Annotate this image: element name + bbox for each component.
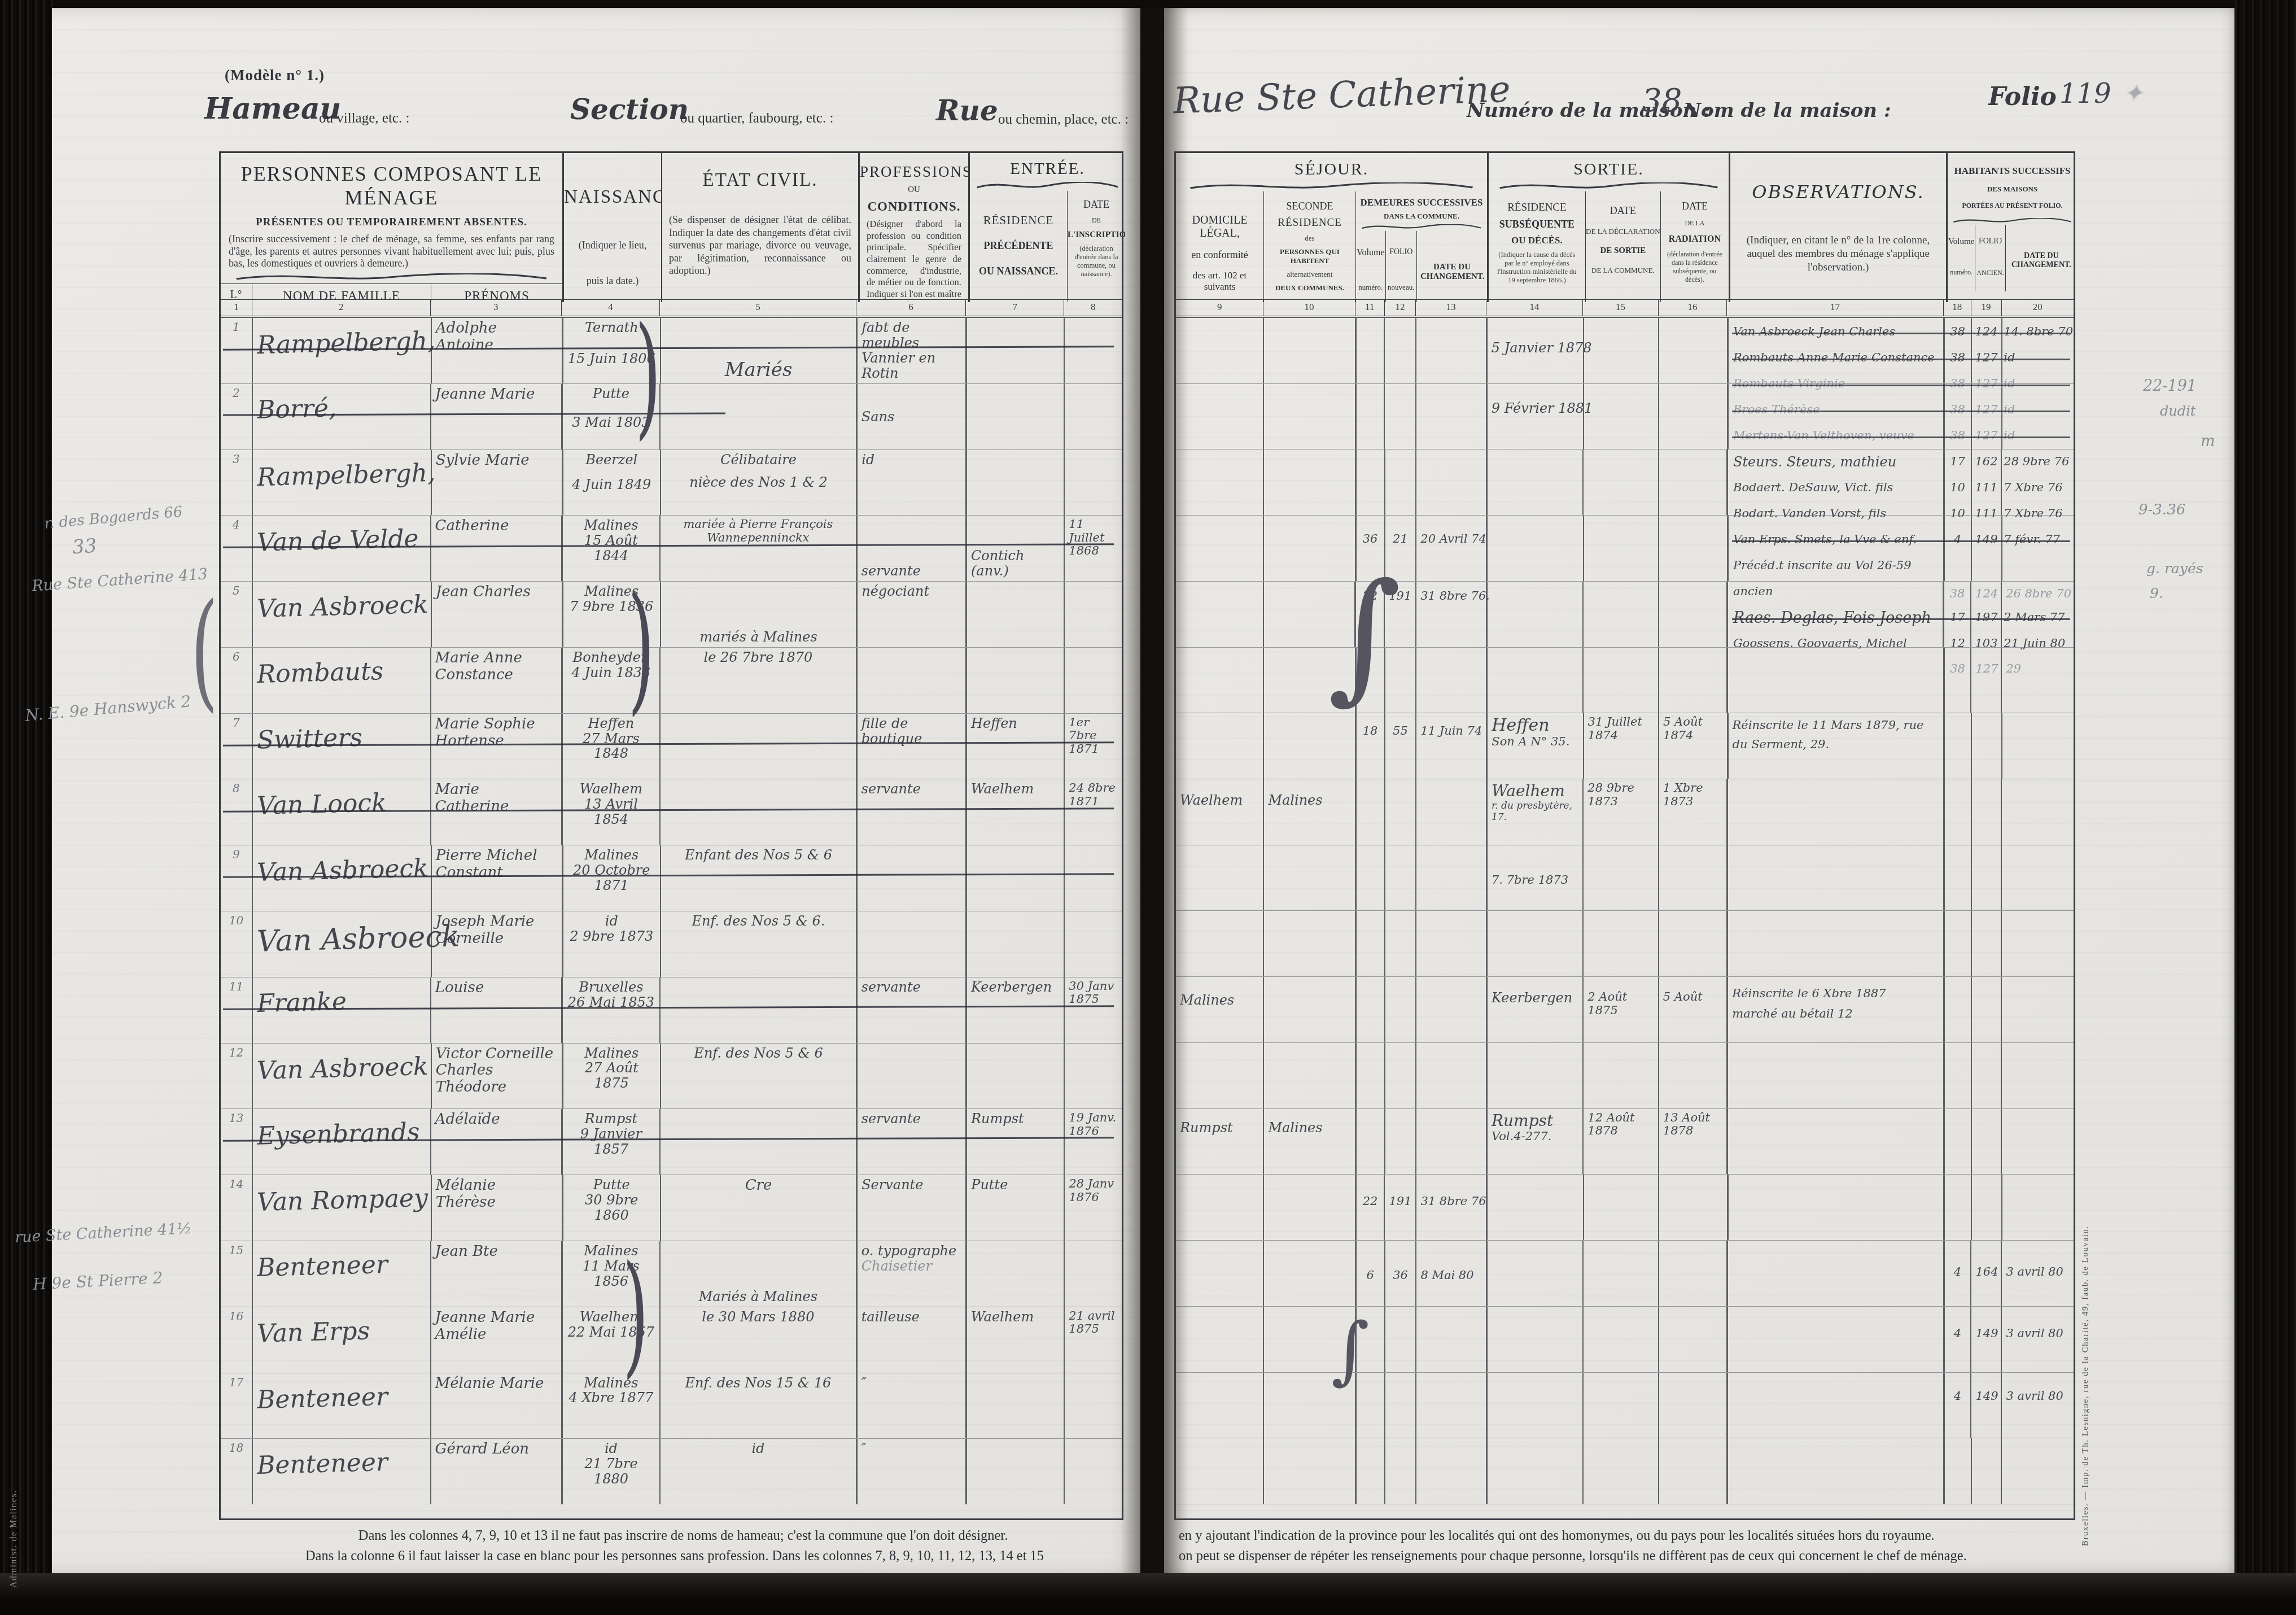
profession-cell (856, 845, 965, 911)
volume-cell (1355, 977, 1384, 1042)
num-cell: 7 (221, 714, 252, 779)
profession-cell (856, 911, 965, 977)
residence-cell: Heffen (965, 714, 1064, 779)
book-left-edge (0, 0, 56, 1615)
col-number: 10 (1263, 300, 1354, 316)
birth-cell: Malines4 Xbre 1877 (561, 1373, 659, 1439)
section-label: Section (570, 93, 689, 126)
second-residence-cell: Malines (1263, 1109, 1354, 1175)
firstnames-cell: Sylvie Marie (431, 450, 562, 516)
change-date-cell: 31 8bre 76 (1415, 1175, 1486, 1240)
firstnames-cell: Adélaïde (430, 1109, 561, 1175)
num-cell: 6 (221, 648, 252, 713)
sortie-group-header: SORTIE. RÉSIDENCE SUBSÉQUENTE OU DÉCÈS. … (1487, 153, 1729, 302)
civil-cell: Cre (660, 1175, 856, 1241)
birth-cell: Malines15 Août 1844 (561, 516, 659, 581)
col-number: 13 (1415, 300, 1486, 316)
legal-domicile-cell (1176, 1438, 1263, 1504)
exit-date-cell (1582, 1241, 1658, 1306)
legal-domicile-cell (1176, 582, 1263, 647)
subsequent-residence-cell (1486, 1373, 1582, 1438)
residence-cell (965, 648, 1064, 713)
hab-folio-cell: 127 (1970, 648, 2001, 713)
num-cell: 9 (221, 845, 252, 911)
col-number: 5 (659, 300, 856, 316)
change-date-cell (1415, 1438, 1486, 1504)
divider-flourish (1188, 182, 1475, 190)
table-row: 13EysenbrandsAdélaïdeRumpst9 Janvier 185… (221, 1109, 1122, 1175)
radiation-date-cell (1658, 911, 1727, 976)
col13-header: DATE DU CHANGEMENT. (1416, 231, 1487, 302)
change-date-cell (1415, 648, 1486, 713)
firstnames-cell: Mélanie Thérèse (431, 1175, 562, 1241)
subsequent-residence-cell: HeffenSon A N° 35. (1486, 713, 1582, 779)
firstnames-cell: Louise (430, 977, 561, 1043)
change-date-cell (1415, 384, 1485, 449)
surname-cell: Van Asbroeck (252, 911, 431, 977)
date-cell (1064, 582, 1122, 647)
right-footnote-line1: en y ajoutant l'indication de la provinc… (1179, 1528, 2048, 1544)
change-date-cell: 20 Avril 74 (1415, 516, 1486, 581)
hab-volume-cell: 4 (1943, 1241, 1971, 1306)
folio-cell: 191 (1384, 1175, 1415, 1240)
legal-domicile-cell (1176, 845, 1263, 911)
firstnames-cell: Jeanne Marie Amélie (430, 1307, 561, 1373)
change-date-cell (1415, 1373, 1486, 1438)
num-cell: 12 (221, 1044, 252, 1109)
divider-flourish (1498, 182, 1719, 190)
subsequent-residence-cell: 5 Janvier 1878 (1486, 318, 1583, 383)
model-label: (Modèle n° 1.) (225, 67, 325, 84)
hab-folio-cell (1971, 1438, 2001, 1504)
hab-folio-cell (1971, 845, 2001, 911)
observation-cell (1726, 1373, 1943, 1438)
volume-cell (1355, 648, 1384, 713)
birth-cell: Bruxelles26 Mai 1853 (561, 977, 659, 1043)
civil-cell (659, 714, 856, 779)
observation-line: Goossens. Goovaerts, Michel1210321 Juin … (1729, 631, 2076, 657)
volume-cell (1355, 911, 1384, 976)
residence-cell (965, 1241, 1064, 1307)
book-right-edge (2231, 0, 2296, 1615)
folio-cell (1384, 449, 1416, 515)
change-date-cell (1415, 845, 1486, 911)
second-residence-cell (1263, 1241, 1354, 1306)
exit-date-cell (1583, 516, 1658, 581)
table-row: 10Van AsbroeckJoseph Marie Corneilleid2 … (221, 911, 1122, 977)
civil-cell (659, 779, 856, 845)
radiation-date-cell (1658, 582, 1726, 647)
date-cell: 19 Janv. 1876 (1064, 1109, 1122, 1175)
residence-cell (965, 1373, 1064, 1439)
birth-cell: Putte30 9bre 1860 (562, 1175, 660, 1241)
volume-cell (1355, 1438, 1384, 1504)
book-bottom-edge (0, 1573, 2296, 1615)
profession-column-header: PROFESSIONS OU CONDITIONS. (Désigner d'a… (858, 153, 968, 302)
col-number: 14 (1486, 300, 1582, 316)
change-date-cell (1415, 1109, 1486, 1175)
volume-cell: 22 (1354, 582, 1384, 647)
second-residence-cell (1263, 384, 1354, 449)
civil-cell: Enf. des Nos 15 & 16 (659, 1373, 856, 1439)
profession-cell: fille de boutique (856, 714, 965, 779)
exit-date-cell: 31 Juillet 1874 (1583, 713, 1658, 779)
surname-cell: Rampelbergh, (252, 318, 431, 383)
surname-cell: Franke (252, 977, 430, 1043)
folio-cell (1384, 1043, 1416, 1108)
exit-date-cell (1582, 1307, 1658, 1372)
volume-cell (1355, 1373, 1384, 1438)
observation-cell (1726, 648, 1943, 713)
table-row: 16Van ErpsJeanne Marie AmélieWaelhem22 M… (221, 1307, 1122, 1373)
num-cell: 8 (221, 779, 252, 845)
subsequent-residence-cell (1486, 1307, 1582, 1372)
radiation-date-cell: 1 Xbre 1873 (1658, 779, 1727, 845)
profession-cell: Sans (856, 384, 965, 449)
birth-cell: Malines11 Mars 1856 (561, 1241, 659, 1307)
col-number: 12 (1384, 300, 1416, 316)
legal-domicile-cell (1176, 1241, 1263, 1306)
table-row: 11FrankeLouiseBruxelles26 Mai 1853servan… (221, 977, 1122, 1044)
legal-domicile-cell (1176, 713, 1263, 779)
volume-cell (1355, 779, 1384, 845)
group-title: PERSONNES COMPOSANT LE MÉNAGE (221, 162, 562, 209)
firstnames-cell: Marie Sophie Hortense (430, 714, 561, 779)
folio-value: 119 (2059, 78, 2111, 110)
change-date-cell: 11 Juin 74 (1415, 713, 1486, 779)
table-row: 4Van de VeldeCatherineMalines15 Août 184… (221, 516, 1122, 582)
legal-domicile-cell (1176, 1043, 1263, 1108)
num-cell: 18 (221, 1439, 252, 1504)
second-residence-cell (1263, 977, 1354, 1042)
table-row: 18BenteneerGérard Léonid21 7bre 1880id″ (221, 1439, 1122, 1504)
observations-list: Van Asbroeck Jean Charles3812414. 8bre 7… (1729, 319, 2076, 657)
folio-cell (1384, 779, 1416, 845)
civil-cell: Enfant des Nos 5 & 6 (660, 845, 856, 911)
radiation-date-cell: 13 Août 1878 (1658, 1109, 1727, 1175)
exit-date-cell: 2 Août 1875 (1582, 977, 1658, 1042)
second-residence-cell (1263, 449, 1354, 515)
col10-header: SECONDE RÉSIDENCE des PERSONNES QUI HABI… (1263, 191, 1355, 302)
volume-cell (1355, 318, 1384, 383)
volume-cell: 6 (1355, 1241, 1384, 1306)
observation-cell: Réinscrite le 11 Mars 1879, ruedu Sermen… (1727, 713, 1943, 779)
profession-cell: négociant (856, 582, 965, 647)
col-number: 18 (1943, 300, 1971, 316)
legal-domicile-cell: Waelhem (1176, 779, 1263, 845)
table-row: WaelhemMalinesWaelhemr. du presbytère, 1… (1176, 779, 2074, 845)
left-register-table: PERSONNES COMPOSANT LE MÉNAGE PRÉSENTES … (219, 151, 1123, 1520)
second-residence-cell (1263, 1043, 1354, 1108)
surname-cell: Benteneer (252, 1241, 430, 1307)
margin-note: 9. (2150, 585, 2163, 601)
birth-cell: Malines7 9bre 1836 (562, 582, 660, 647)
birth-cell: id2 9bre 1873 (562, 911, 660, 977)
observation-line: Broes Thérèse38127id (1729, 397, 2076, 423)
firstnames-cell: Jeanne Marie (430, 384, 561, 449)
hab-folio-cell (1971, 779, 2001, 845)
residence-cell (965, 911, 1064, 977)
folio-cell (1384, 648, 1416, 713)
birth-cell: Putte3 Mai 1803 (561, 384, 659, 449)
residence-cell: Keerbergen (965, 977, 1064, 1043)
num-cell: 4 (221, 516, 252, 581)
volume-cell: 22 (1355, 1175, 1384, 1240)
table-row: 17BenteneerMélanie MarieMalines4 Xbre 18… (221, 1373, 1122, 1439)
firstnames-cell: Gérard Léon (430, 1439, 561, 1504)
civil-cell: mariée à Pierre FrançoisWannepenninckx (659, 516, 856, 581)
legal-domicile-cell: Malines (1176, 977, 1263, 1042)
observation-cell (1726, 1109, 1943, 1175)
profession-cell: tailleuse (856, 1307, 965, 1373)
table-row (1176, 1043, 2074, 1109)
surname-cell: Van de Velde (252, 516, 430, 581)
residence-cell (965, 450, 1064, 516)
hab-folio-cell (1971, 1109, 2001, 1175)
right-register-table: SÉJOUR. DOMICILE LÉGAL, en conformité de… (1174, 151, 2075, 1520)
num-cell: 2 (221, 384, 252, 449)
surname-cell: Van Asbroeck (252, 582, 431, 647)
folio-cell (1384, 845, 1416, 911)
subsequent-residence-cell: 9 Février 1881 (1486, 384, 1583, 449)
firstnames-cell: Marie Anne Constance (430, 648, 561, 713)
radiation-date-cell (1658, 845, 1727, 911)
residence-cell (965, 384, 1064, 449)
second-residence-cell (1263, 845, 1354, 911)
left-footnote-line2: Dans la colonne 6 il faut laisser la cas… (226, 1548, 1123, 1564)
exit-date-cell (1582, 1043, 1658, 1108)
col11-header: Volumenuméro. (1356, 231, 1385, 302)
subsequent-residence-cell (1486, 648, 1582, 713)
birth-cell: id21 7bre 1880 (561, 1439, 659, 1504)
exit-date-cell (1582, 1438, 1658, 1504)
firstnames-cell: Jean Charles (431, 582, 562, 647)
observation-line: Steurs. Steurs, mathieu1716228 9bre 76 (1729, 449, 2076, 475)
hab-folio-cell (1971, 713, 2001, 779)
hab-date-cell (2001, 911, 2074, 976)
legal-domicile-cell (1176, 1373, 1263, 1438)
civil-status-column-header: ÉTAT CIVIL. (Se dispenser de désigner l'… (661, 153, 858, 302)
radiation-date-cell (1658, 318, 1726, 383)
household-group-header: PERSONNES COMPOSANT LE MÉNAGE PRÉSENTES … (221, 153, 562, 302)
col7-header: RÉSIDENCE PRÉCÉDENTE OU NAISSANCE. (970, 191, 1067, 302)
subsequent-residence-cell: RumpstVol.4-277. (1486, 1109, 1582, 1175)
subsequent-residence-cell: Keerbergen (1486, 977, 1582, 1042)
birth-cell: Malines20 Octobre 1871 (562, 845, 660, 911)
hab-folio-cell (1971, 1175, 2001, 1240)
surname-cell: Van Erps (252, 1307, 430, 1373)
legal-domicile-cell (1176, 1175, 1263, 1240)
table-row: 5Van AsbroeckJean CharlesMalines7 9bre 1… (221, 582, 1122, 648)
num-cell: 14 (221, 1175, 252, 1241)
legal-domicile-cell (1176, 384, 1263, 449)
col19-header: FOLIOANCIEN. (1975, 225, 2005, 291)
hab-date-cell (2001, 713, 2074, 779)
table-row (1176, 1438, 2074, 1504)
second-residence-cell (1263, 1307, 1354, 1372)
date-cell (1064, 318, 1122, 383)
volume-cell (1355, 384, 1384, 449)
folio-cell (1384, 384, 1415, 449)
table-row: 9Van AsbroeckPierre Michel ConstantMalin… (221, 845, 1122, 911)
radiation-date-cell (1658, 384, 1726, 449)
observation-cell (1726, 1307, 1943, 1372)
divider-flourish (234, 273, 549, 281)
residence-cell (965, 582, 1064, 647)
folio-cell (1384, 1109, 1416, 1175)
volume-cell: 36 (1355, 516, 1384, 581)
hab-date-cell: 3 avril 80 (2001, 1241, 2074, 1306)
hab-volume-cell: 38 (1943, 648, 1971, 713)
table-row: 1Rampelbergh,Adolphe AntoineTernath15 Ju… (221, 318, 1122, 384)
birth-cell: Rumpst9 Janvier 1857 (561, 1109, 659, 1175)
civil-cell (659, 384, 856, 449)
exit-date-cell (1582, 648, 1658, 713)
observation-line: Van Erps. Smets, la Vve & enf.41497 févr… (1729, 527, 2076, 553)
profession-cell: servante (856, 1109, 965, 1175)
num-cell: 15 (221, 1241, 252, 1307)
num-cell: 5 (221, 582, 252, 647)
entry-group-header: ENTRÉE. RÉSIDENCE PRÉCÉDENTE OU NAISSANC… (968, 153, 1125, 302)
surname-cell: Eysenbrands (252, 1109, 430, 1175)
folio-cell: 55 (1384, 713, 1416, 779)
subsequent-residence-cell: 7. 7bre 1873 (1486, 845, 1582, 911)
exit-date-cell: 28 9bre 1873 (1582, 779, 1658, 845)
radiation-date-cell (1658, 1307, 1727, 1372)
radiation-date-cell (1658, 1043, 1727, 1108)
profession-cell (856, 648, 965, 713)
volume-cell (1355, 1109, 1384, 1175)
num-cell: 13 (221, 1109, 252, 1175)
table-row: 6RombautsMarie Anne ConstanceBonheyden4 … (221, 648, 1122, 714)
date-cell (1064, 911, 1122, 977)
profession-cell: servante (856, 779, 965, 845)
col-number: 8 (1064, 300, 1122, 316)
col-number: 19 (1971, 300, 2001, 316)
exit-date-cell (1582, 845, 1658, 911)
hab-folio-cell (1971, 911, 2001, 976)
col15-header: DATE DE LA DÉCLARATION DE SORTIE DE LA C… (1585, 191, 1660, 302)
date-cell: 1er 7bre 1871 (1064, 714, 1122, 779)
divider-flourish (976, 182, 1119, 190)
table-row: 41493 avril 80 (1176, 1373, 2074, 1439)
date-cell (1064, 845, 1122, 911)
legal-domicile-cell (1176, 449, 1263, 515)
change-date-cell (1415, 449, 1486, 515)
column-numbers-row: 9 10 11 12 13 14 15 16 17 18 19 20 (1176, 299, 2074, 316)
profession-cell: Servante (856, 1175, 965, 1241)
exit-date-cell (1583, 384, 1658, 449)
birth-cell: Bonheyden4 Juin 1833 (561, 648, 659, 713)
table-row: 3Rampelbergh,Sylvie MarieBeerzel4 Juin 1… (221, 450, 1122, 516)
exit-date-cell (1582, 1373, 1658, 1438)
observation-cell (1726, 845, 1943, 911)
exit-date-cell (1582, 582, 1658, 647)
residence-cell: Waelhem (965, 1307, 1064, 1373)
hab-date-cell (2001, 1175, 2074, 1240)
scanned-register-spread: { "doc": { "model": "(Modèle n° 1.)", "f… (0, 0, 2296, 1615)
hab-volume-cell (1943, 1043, 1971, 1108)
num-cell: 17 (221, 1373, 252, 1439)
residence-cell (965, 318, 1064, 383)
birth-cell: Beerzel4 Juin 1849 (562, 450, 660, 516)
subsequent-residence-cell (1486, 1175, 1582, 1240)
legal-domicile-cell (1176, 648, 1263, 713)
legal-domicile-cell (1176, 1307, 1263, 1372)
col14-header: RÉSIDENCE SUBSÉQUENTE OU DÉCÈS. (Indique… (1489, 191, 1585, 302)
observation-cell (1726, 911, 1943, 976)
date-cell (1064, 450, 1122, 516)
volume-cell (1355, 449, 1384, 515)
radiation-date-cell: 5 Août 1874 (1658, 713, 1727, 779)
observation-line: Mertens-Van Velthoven, veuve38127id (1729, 423, 2076, 449)
radiation-date-cell (1658, 648, 1727, 713)
firstnames-cell: Pierre Michel Constant (431, 845, 562, 911)
legal-domicile-cell (1176, 318, 1263, 383)
radiation-date-cell (1658, 1241, 1727, 1306)
civil-cell (659, 1109, 856, 1175)
house-name-label: Nom de la maison : (1683, 99, 1891, 122)
margin-note: 9-3.36 (2138, 501, 2185, 518)
second-residence-cell (1263, 713, 1354, 779)
table-row: 7. 7bre 1873 (1176, 845, 2074, 911)
subsequent-residence-cell (1486, 1043, 1582, 1108)
margin-note: dudit (2160, 403, 2196, 419)
firstnames-cell: Adolphe Antoine (431, 318, 562, 383)
hab-volume-cell (1943, 1438, 1971, 1504)
margin-note: 22-191 (2143, 377, 2197, 395)
table-row: 2Borré,Jeanne MariePutte3 Mai 1803Sans (221, 384, 1122, 450)
surname-cell: Benteneer (252, 1373, 430, 1439)
date-cell (1064, 1373, 1122, 1439)
table-row: 15BenteneerJean BteMalines11 Mars 1856Ma… (221, 1241, 1122, 1307)
profession-cell: servante (856, 977, 965, 1043)
column-numbers-row: 1 2 3 4 5 6 7 8 (221, 299, 1122, 316)
residence-cell: Putte (965, 1175, 1064, 1241)
col-number: 11 (1355, 300, 1384, 316)
date-cell (1064, 1241, 1122, 1307)
col16-header: DATE DE LA RADIATION (déclaration d'entr… (1660, 191, 1729, 302)
radiation-date-cell (1658, 516, 1727, 581)
subsequent-residence-cell (1486, 516, 1582, 581)
volume-cell (1355, 1307, 1384, 1372)
hab-date-cell (2001, 779, 2074, 845)
observation-line: Rombauts Virginie38127id (1729, 371, 2076, 397)
change-date-cell (1415, 1043, 1486, 1108)
hab-folio-cell (1971, 977, 2001, 1042)
hameau-rest: ou village, etc. : (319, 111, 409, 126)
section-rest: ou quartier, faubourg, etc. : (680, 111, 833, 126)
civil-cell: Célibatairenièce des Nos 1 & 2 (660, 450, 856, 516)
hab-date-cell (2001, 845, 2074, 911)
folio-cell (1384, 977, 1416, 1042)
table-row (1176, 911, 2074, 977)
exit-date-cell (1582, 449, 1658, 515)
date-cell: 28 Janv 1876 (1064, 1175, 1122, 1241)
subsequent-residence-cell (1486, 1241, 1582, 1306)
num-cell: 11 (221, 977, 252, 1043)
second-residence-cell (1263, 648, 1354, 713)
margin-note: m (2201, 433, 2215, 450)
col-number: 17 (1726, 300, 1943, 316)
num-cell: 10 (221, 911, 252, 977)
col-number: 9 (1176, 300, 1263, 316)
legal-domicile-cell (1176, 911, 1263, 976)
surname-cell: Switters (252, 714, 430, 779)
firstnames-cell: Joseph Marie Corneille (431, 911, 562, 977)
col-number: 15 (1582, 300, 1658, 316)
observation-cell (1726, 1043, 1943, 1108)
